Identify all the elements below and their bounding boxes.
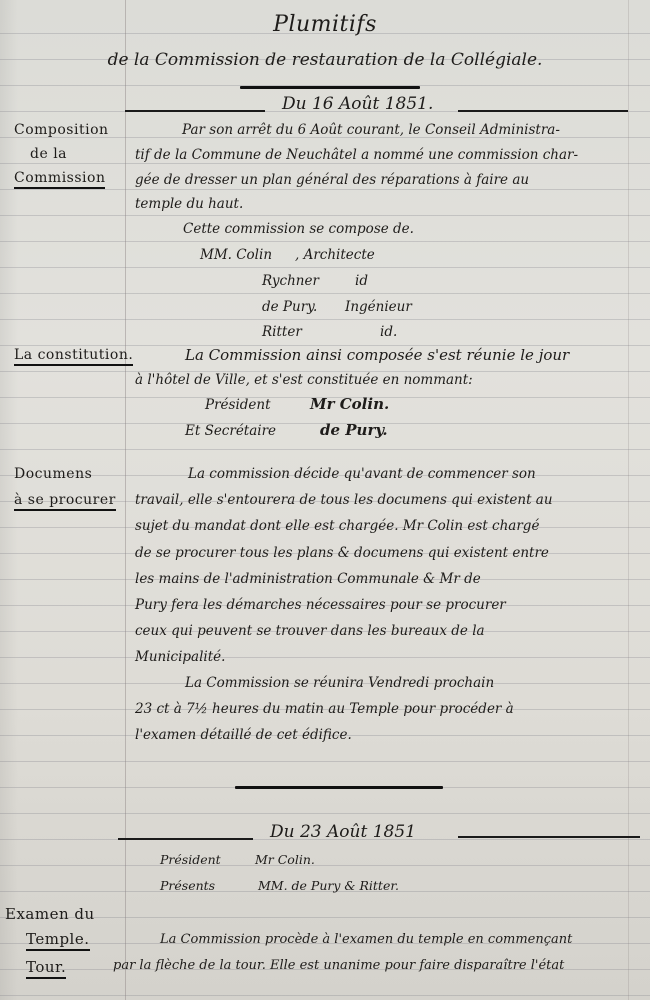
text-line: 23 ct à 7½ heures du matin au Temple pou… — [135, 701, 514, 717]
president-label: Président — [160, 852, 221, 867]
president-name: Mr Colin. — [255, 852, 315, 867]
text-line: Cette commission se compose de. — [183, 221, 414, 237]
member-role: id — [355, 273, 368, 289]
margin-note: Temple. — [26, 930, 90, 951]
date-rule-right — [458, 110, 628, 112]
member-name: Rychner — [262, 273, 319, 289]
document-subtitle: de la Commission de restauration de la C… — [0, 50, 650, 70]
margin-note: à se procurer — [14, 492, 116, 511]
member-role: , Architecte — [295, 247, 375, 263]
section-date: Du 16 Août 1851. — [282, 94, 433, 114]
title-underline — [240, 86, 420, 89]
margin-note: Documens — [14, 466, 92, 482]
text-line: ceux qui peuvent se trouver dans les bur… — [135, 623, 485, 639]
text-line: sujet du mandat dont elle est chargée. M… — [135, 518, 539, 534]
margin-note: Composition — [14, 122, 109, 138]
date-rule-left — [125, 110, 265, 112]
margin-note: Commission — [14, 170, 105, 189]
margin-note: La constitution. — [14, 347, 133, 366]
text-line: La Commission se réunira Vendredi procha… — [185, 675, 494, 691]
margin-note: de la — [30, 146, 67, 162]
member-role: id. — [380, 324, 397, 340]
text-line: tif de la Commune de Neuchâtel a nommé u… — [135, 147, 578, 163]
text-line: Municipalité. — [135, 649, 225, 665]
present-names: MM. de Pury & Ritter. — [258, 878, 399, 893]
text-line: La Commission ainsi composée s'est réuni… — [185, 346, 569, 364]
present-label: Présents — [160, 878, 215, 893]
text-line: La Commission procède à l'examen du temp… — [160, 932, 572, 947]
secretary-label: Et Secrétaire — [185, 423, 276, 439]
member-name: Ritter — [262, 324, 302, 340]
text-line: les mains de l'administration Communale … — [135, 571, 481, 587]
text-line: de se procurer tous les plans & documens… — [135, 545, 549, 561]
text-line: Pury fera les démarches nécessaires pour… — [135, 597, 506, 613]
date-rule-right — [458, 836, 640, 838]
section-separator — [235, 786, 443, 789]
text-line: par la flèche de la tour. Elle est unani… — [113, 958, 564, 973]
text-line: gée de dresser un plan général des répar… — [135, 172, 529, 188]
right-margin-rule — [628, 0, 629, 1000]
section-date: Du 23 Août 1851 — [270, 822, 416, 842]
president-name: Mr Colin. — [310, 395, 389, 413]
margin-note: Tour. — [26, 958, 66, 979]
margin-rule — [125, 0, 126, 1000]
date-rule-left — [118, 838, 253, 840]
text-line: La commission décide qu'avant de commenc… — [188, 466, 536, 482]
text-line: travail, elle s'entourera de tous les do… — [135, 492, 553, 508]
document-title: Plumitifs — [0, 12, 650, 37]
member-role: Ingénieur — [345, 299, 412, 315]
text-line: à l'hôtel de Ville, et s'est constituée … — [135, 372, 473, 388]
text-line: temple du haut. — [135, 196, 243, 212]
member-name: de Pury. — [262, 299, 317, 315]
margin-note: Examen du — [5, 905, 95, 923]
manuscript-page: Plumitifs de la Commission de restaurati… — [0, 0, 650, 1000]
president-label: Président — [205, 397, 271, 413]
text-line: l'examen détaillé de cet édifice. — [135, 727, 352, 743]
member-name: MM. Colin — [200, 247, 272, 263]
text-line: Par son arrêt du 6 Août courant, le Cons… — [182, 122, 560, 138]
secretary-name: de Pury. — [320, 421, 388, 439]
